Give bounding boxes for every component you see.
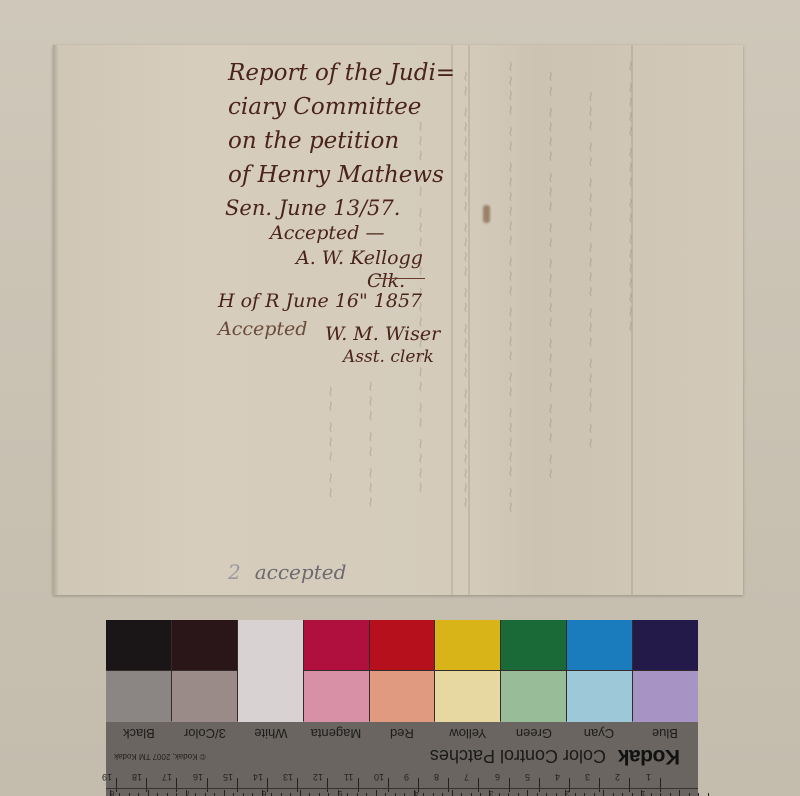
patch-yellow-tint bbox=[435, 671, 500, 722]
house-clerk-signature: W. M. Wiser bbox=[325, 323, 440, 345]
ruler-number: 19 bbox=[102, 772, 112, 782]
patch-white bbox=[238, 620, 303, 722]
patch-labels: Black3/ColorWhiteMagentaRedYellowGreenCy… bbox=[106, 721, 698, 746]
inch-tick bbox=[452, 790, 453, 796]
patch-yellow-solid bbox=[435, 620, 500, 670]
senate-clerk-title: Clk. bbox=[367, 270, 405, 292]
patch-3-color-tint bbox=[172, 671, 237, 722]
handwriting-line: on the petition bbox=[228, 128, 399, 154]
signature-underline bbox=[375, 278, 425, 279]
patch-cyan-tint bbox=[567, 671, 632, 722]
patch-blue-solid bbox=[633, 620, 698, 670]
bleed-through-text: ~~~ ~~ ~~~ bbox=[362, 380, 380, 510]
patch-3-color-solid bbox=[172, 620, 237, 670]
handwriting-line: of Henry Mathews bbox=[228, 162, 444, 188]
patch-black-solid bbox=[106, 620, 171, 670]
patch-cyan-solid bbox=[567, 620, 632, 670]
copyright-text: © Kodak, 2007 TM Kodak bbox=[114, 752, 206, 761]
house-clerk-title: Asst. clerk bbox=[343, 347, 434, 367]
fold-line bbox=[451, 45, 453, 595]
ruler-number: 15 bbox=[223, 772, 233, 782]
kodak-logo: Kodak bbox=[618, 744, 680, 768]
patch-label: Red bbox=[369, 721, 435, 746]
handwriting-line: Report of the Judi= bbox=[228, 60, 455, 86]
ruler-number: 13 bbox=[283, 772, 293, 782]
senate-status: Accepted — bbox=[270, 222, 385, 244]
bleed-through-text: ~~ ~~~ ~~ bbox=[322, 385, 340, 501]
ruler-number: 11 bbox=[344, 772, 353, 782]
ruler-number: 2 bbox=[615, 772, 620, 782]
ruler-number: 18 bbox=[132, 772, 142, 782]
ruler-number: 7 bbox=[464, 772, 469, 782]
handwriting-line: ciary Committee bbox=[228, 94, 421, 120]
inch-tick bbox=[489, 790, 490, 796]
bleed-through-text: ~~ ~~~~ ~~~ ~~ ~~~~~ ~~~~ ~~~ ~~ bbox=[542, 70, 560, 482]
inch-tick bbox=[376, 790, 377, 796]
inch-tick bbox=[527, 790, 528, 796]
inch-tick bbox=[186, 790, 187, 796]
kodak-color-target: Black3/ColorWhiteMagentaRedYellowGreenCy… bbox=[106, 620, 698, 796]
patch-red-solid bbox=[370, 620, 435, 670]
ruler-number: 8 bbox=[434, 772, 439, 782]
ruler-number: 5 bbox=[525, 772, 530, 782]
inch-tick bbox=[224, 790, 225, 796]
patch-green-tint bbox=[501, 671, 566, 722]
pencil-note-text: accepted bbox=[255, 560, 347, 584]
inch-tick bbox=[148, 790, 149, 796]
ruler-number: 12 bbox=[313, 772, 323, 782]
inch-tick bbox=[300, 790, 301, 796]
inch-ruler: 87654321 bbox=[106, 788, 698, 796]
ruler-number: 17 bbox=[162, 772, 172, 782]
patch-label: 3/Color bbox=[172, 721, 238, 746]
stain bbox=[483, 205, 490, 223]
bleed-through-text: ~~~ ~~ ~~~~ ~~~~ ~~~ ~~~~ ~~ bbox=[582, 90, 600, 451]
patch-label: Cyan bbox=[566, 721, 632, 746]
ruler-number: 10 bbox=[374, 772, 384, 782]
pencil-note-number: 2 bbox=[228, 560, 241, 584]
color-patches bbox=[106, 620, 698, 721]
ruler-number: 14 bbox=[253, 772, 263, 782]
inch-tick bbox=[110, 790, 111, 796]
ruler-number: 1 bbox=[646, 772, 651, 782]
ruler-number: 3 bbox=[585, 772, 590, 782]
patch-magenta-tint bbox=[304, 671, 369, 722]
ruler-number: 16 bbox=[193, 772, 203, 782]
patch-label: Blue bbox=[632, 721, 698, 746]
senate-date: Sen. June 13/57. bbox=[225, 196, 400, 220]
inch-tick bbox=[603, 790, 604, 796]
ruler-number: 4 bbox=[555, 772, 560, 782]
inch-tick bbox=[338, 790, 339, 796]
inch-tick bbox=[679, 790, 680, 796]
patch-label: Green bbox=[501, 721, 567, 746]
house-status: Accepted bbox=[218, 318, 307, 340]
patch-label: White bbox=[238, 721, 304, 746]
inch-tick bbox=[262, 790, 263, 796]
senate-clerk-signature: A. W. Kellogg bbox=[296, 247, 423, 269]
patch-label: Black bbox=[106, 721, 172, 746]
patch-black-tint bbox=[106, 671, 171, 722]
patch-green-solid bbox=[501, 620, 566, 670]
house-date: H of R June 16" 1857 bbox=[218, 290, 422, 312]
bleed-through-text: ~~ ~~~~ ~~~ ~~~~ ~~ ~~~~ ~~~ ~~~~~ bbox=[457, 70, 475, 511]
bleed-through-text: ~ ~~~~ ~~~ ~~ ~~~~~~~ bbox=[622, 60, 640, 335]
ruler-number: 6 bbox=[495, 772, 500, 782]
ruler-number: 9 bbox=[404, 772, 409, 782]
patch-red-tint bbox=[370, 671, 435, 722]
inch-tick bbox=[565, 790, 566, 796]
bleed-through-text: ~~~~ ~~ ~~~~~~ ~~~ ~~~~ ~~ ~~~~~ ~~ bbox=[502, 60, 520, 515]
patch-label: Yellow bbox=[435, 721, 501, 746]
patch-blue-tint bbox=[633, 671, 698, 722]
inch-tick bbox=[414, 790, 415, 796]
patch-label: Magenta bbox=[303, 721, 369, 746]
target-title: Color Control Patches bbox=[430, 745, 606, 766]
patch-magenta-solid bbox=[304, 620, 369, 670]
inch-tick bbox=[641, 790, 642, 796]
pencil-note: 2accepted bbox=[228, 560, 346, 584]
